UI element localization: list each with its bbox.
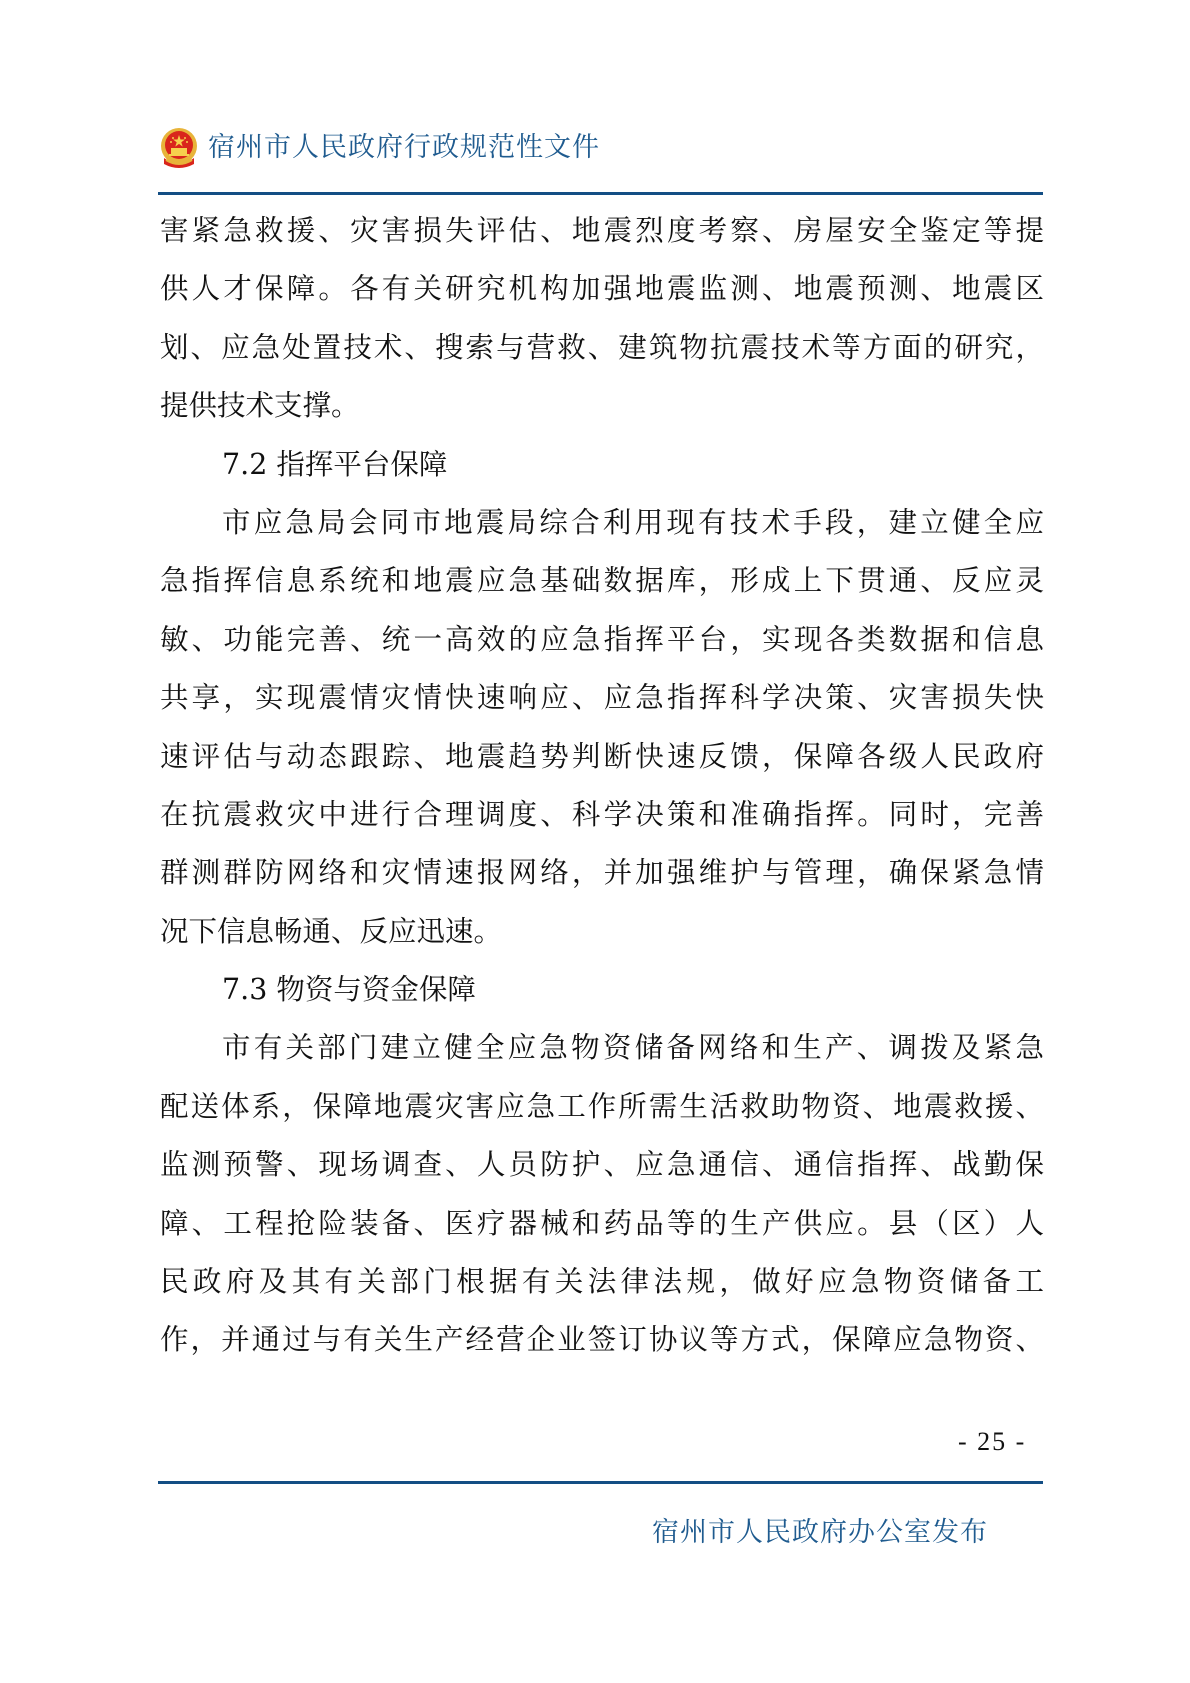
body-line: 监测预警、现场调查、人员防护、应急通信、通信指挥、战勤保 bbox=[160, 1136, 1044, 1194]
document-body: 害紧急救援、灾害损失评估、地震烈度考察、房屋安全鉴定等提 供人才保障。各有关研究… bbox=[160, 202, 1044, 1370]
body-line: 作，并通过与有关生产经营企业签订协议等方式，保障应急物资、 bbox=[160, 1311, 1044, 1369]
section-heading-7-2: 7.2 指挥平台保障 bbox=[160, 436, 1044, 494]
body-line: 市应急局会同市地震局综合利用现有技术手段，建立健全应 bbox=[160, 494, 1044, 552]
body-line: 群测群防网络和灾情速报网络，并加强维护与管理，确保紧急情 bbox=[160, 844, 1044, 902]
section-heading-7-3: 7.3 物资与资金保障 bbox=[160, 961, 1044, 1019]
body-line: 速评估与动态跟踪、地震趋势判断快速反馈，保障各级人民政府 bbox=[160, 728, 1044, 786]
body-line: 害紧急救援、灾害损失评估、地震烈度考察、房屋安全鉴定等提 bbox=[160, 202, 1044, 260]
body-line: 在抗震救灾中进行合理调度、科学决策和准确指挥。同时，完善 bbox=[160, 786, 1044, 844]
body-line: 划、应急处置技术、搜索与营救、建筑物抗震技术等方面的研究， bbox=[160, 319, 1044, 377]
header-title: 宿州市人民政府行政规范性文件 bbox=[208, 128, 600, 168]
body-line: 敏、功能完善、统一高效的应急指挥平台，实现各类数据和信息 bbox=[160, 611, 1044, 669]
body-line: 供人才保障。各有关研究机构加强地震监测、地震预测、地震区 bbox=[160, 260, 1044, 318]
body-line: 市有关部门建立健全应急物资储备网络和生产、调拨及紧急 bbox=[160, 1019, 1044, 1077]
header-divider bbox=[158, 192, 1043, 195]
body-line: 障、工程抢险装备、医疗器械和药品等的生产供应。县（区）人 bbox=[160, 1195, 1044, 1253]
document-header: 宿州市人民政府行政规范性文件 bbox=[158, 128, 1043, 168]
footer-publisher: 宿州市人民政府办公室发布 bbox=[652, 1510, 988, 1549]
body-line: 况下信息畅通、反应迅速。 bbox=[160, 903, 1044, 961]
national-emblem-icon bbox=[158, 126, 200, 170]
page-number: - 25 - bbox=[958, 1427, 1026, 1457]
body-line: 民政府及其有关部门根据有关法律法规，做好应急物资储备工 bbox=[160, 1253, 1044, 1311]
body-line: 提供技术支撑。 bbox=[160, 377, 1044, 435]
body-line: 共享，实现震情灾情快速响应、应急指挥科学决策、灾害损失快 bbox=[160, 669, 1044, 727]
body-line: 配送体系，保障地震灾害应急工作所需生活救助物资、地震救援、 bbox=[160, 1078, 1044, 1136]
body-line: 急指挥信息系统和地震应急基础数据库，形成上下贯通、反应灵 bbox=[160, 552, 1044, 610]
footer-divider bbox=[158, 1481, 1043, 1484]
